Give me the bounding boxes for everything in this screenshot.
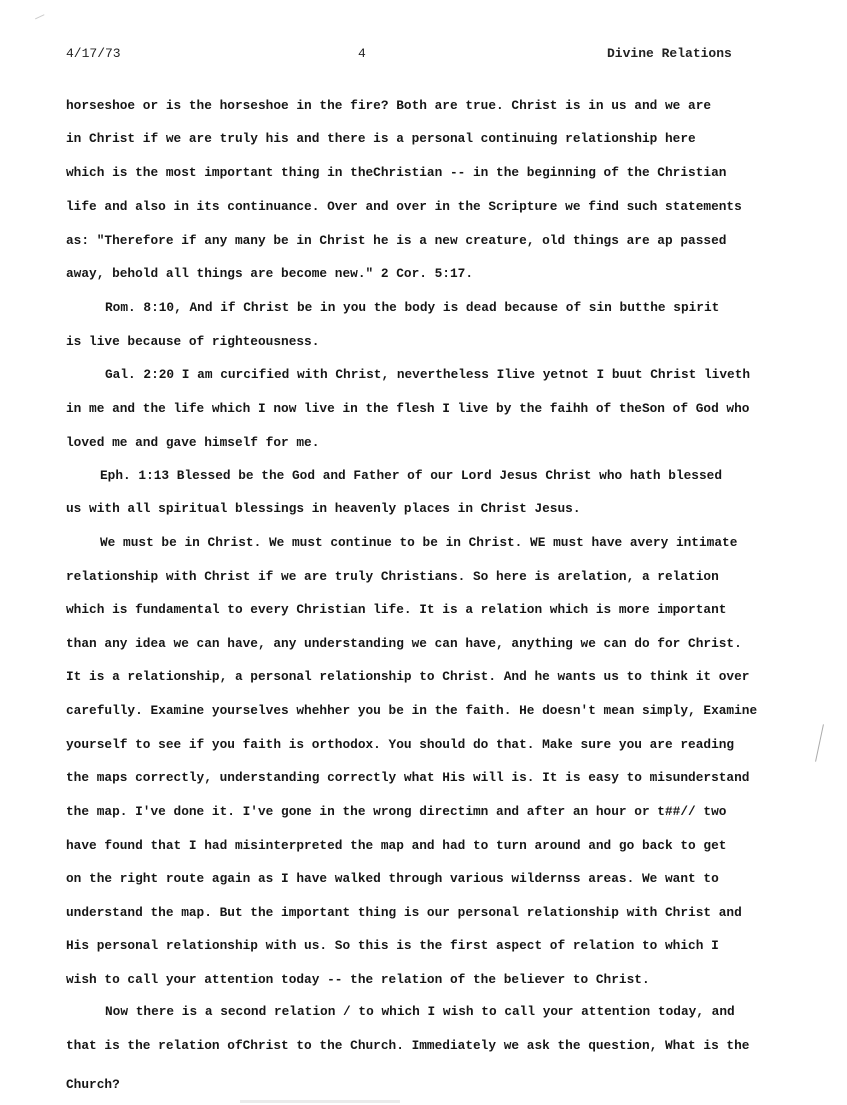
text-line: yourself to see if you faith is orthodox… xyxy=(66,737,734,753)
header-title: Divine Relations xyxy=(607,46,732,61)
text-line: in me and the life which I now live in t… xyxy=(66,401,749,417)
text-line: life and also in its continuance. Over a… xyxy=(66,199,742,215)
margin-pencil-mark xyxy=(815,724,824,761)
text-line: as: "Therefore if any many be in Christ … xyxy=(66,233,726,249)
text-line: relationship with Christ if we are truly… xyxy=(66,569,719,585)
text-line: horseshoe or is the horseshoe in the fir… xyxy=(66,98,711,114)
text-line: loved me and gave himself for me. xyxy=(66,435,319,451)
text-line: than any idea we can have, any understan… xyxy=(66,636,742,652)
text-line: understand the map. But the important th… xyxy=(66,905,742,921)
text-line: on the right route again as I have walke… xyxy=(66,871,719,887)
text-line: have found that I had misinterpreted the… xyxy=(66,838,726,854)
text-line: Rom. 8:10, And if Christ be in you the b… xyxy=(105,300,719,316)
text-line: carefully. Examine yourselves whehher yo… xyxy=(66,703,757,719)
text-line: His personal relationship with us. So th… xyxy=(66,938,719,954)
text-line: Now there is a second relation / to whic… xyxy=(105,1004,735,1020)
text-line: the map. I've done it. I've gone in the … xyxy=(66,804,726,820)
header-page-number: 4 xyxy=(358,46,366,61)
text-line: in Christ if we are truly his and there … xyxy=(66,131,696,147)
header-date: 4/17/73 xyxy=(66,46,121,61)
text-line: It is a relationship, a personal relatio… xyxy=(66,669,749,685)
text-line: We must be in Christ. We must continue t… xyxy=(100,535,737,551)
text-line: Church? xyxy=(66,1077,120,1093)
text-line: Gal. 2:20 I am curcified with Christ, ne… xyxy=(105,367,750,383)
text-line: that is the relation ofChrist to the Chu… xyxy=(66,1038,749,1054)
typewritten-page: 4/17/73 4 Divine Relations horseshoe or … xyxy=(0,0,847,1105)
scan-smudge xyxy=(240,1100,400,1103)
text-line: which is the most important thing in the… xyxy=(66,165,726,181)
ink-mark xyxy=(35,14,47,25)
text-line: us with all spiritual blessings in heave… xyxy=(66,501,581,517)
text-line: away, behold all things are become new."… xyxy=(66,266,473,282)
text-line: wish to call your attention today -- the… xyxy=(66,972,650,988)
text-line: which is fundamental to every Christian … xyxy=(66,602,726,618)
text-line: is live because of righteousness. xyxy=(66,334,319,350)
text-line: Eph. 1:13 Blessed be the God and Father … xyxy=(100,468,722,484)
text-line: the maps correctly, understanding correc… xyxy=(66,770,749,786)
